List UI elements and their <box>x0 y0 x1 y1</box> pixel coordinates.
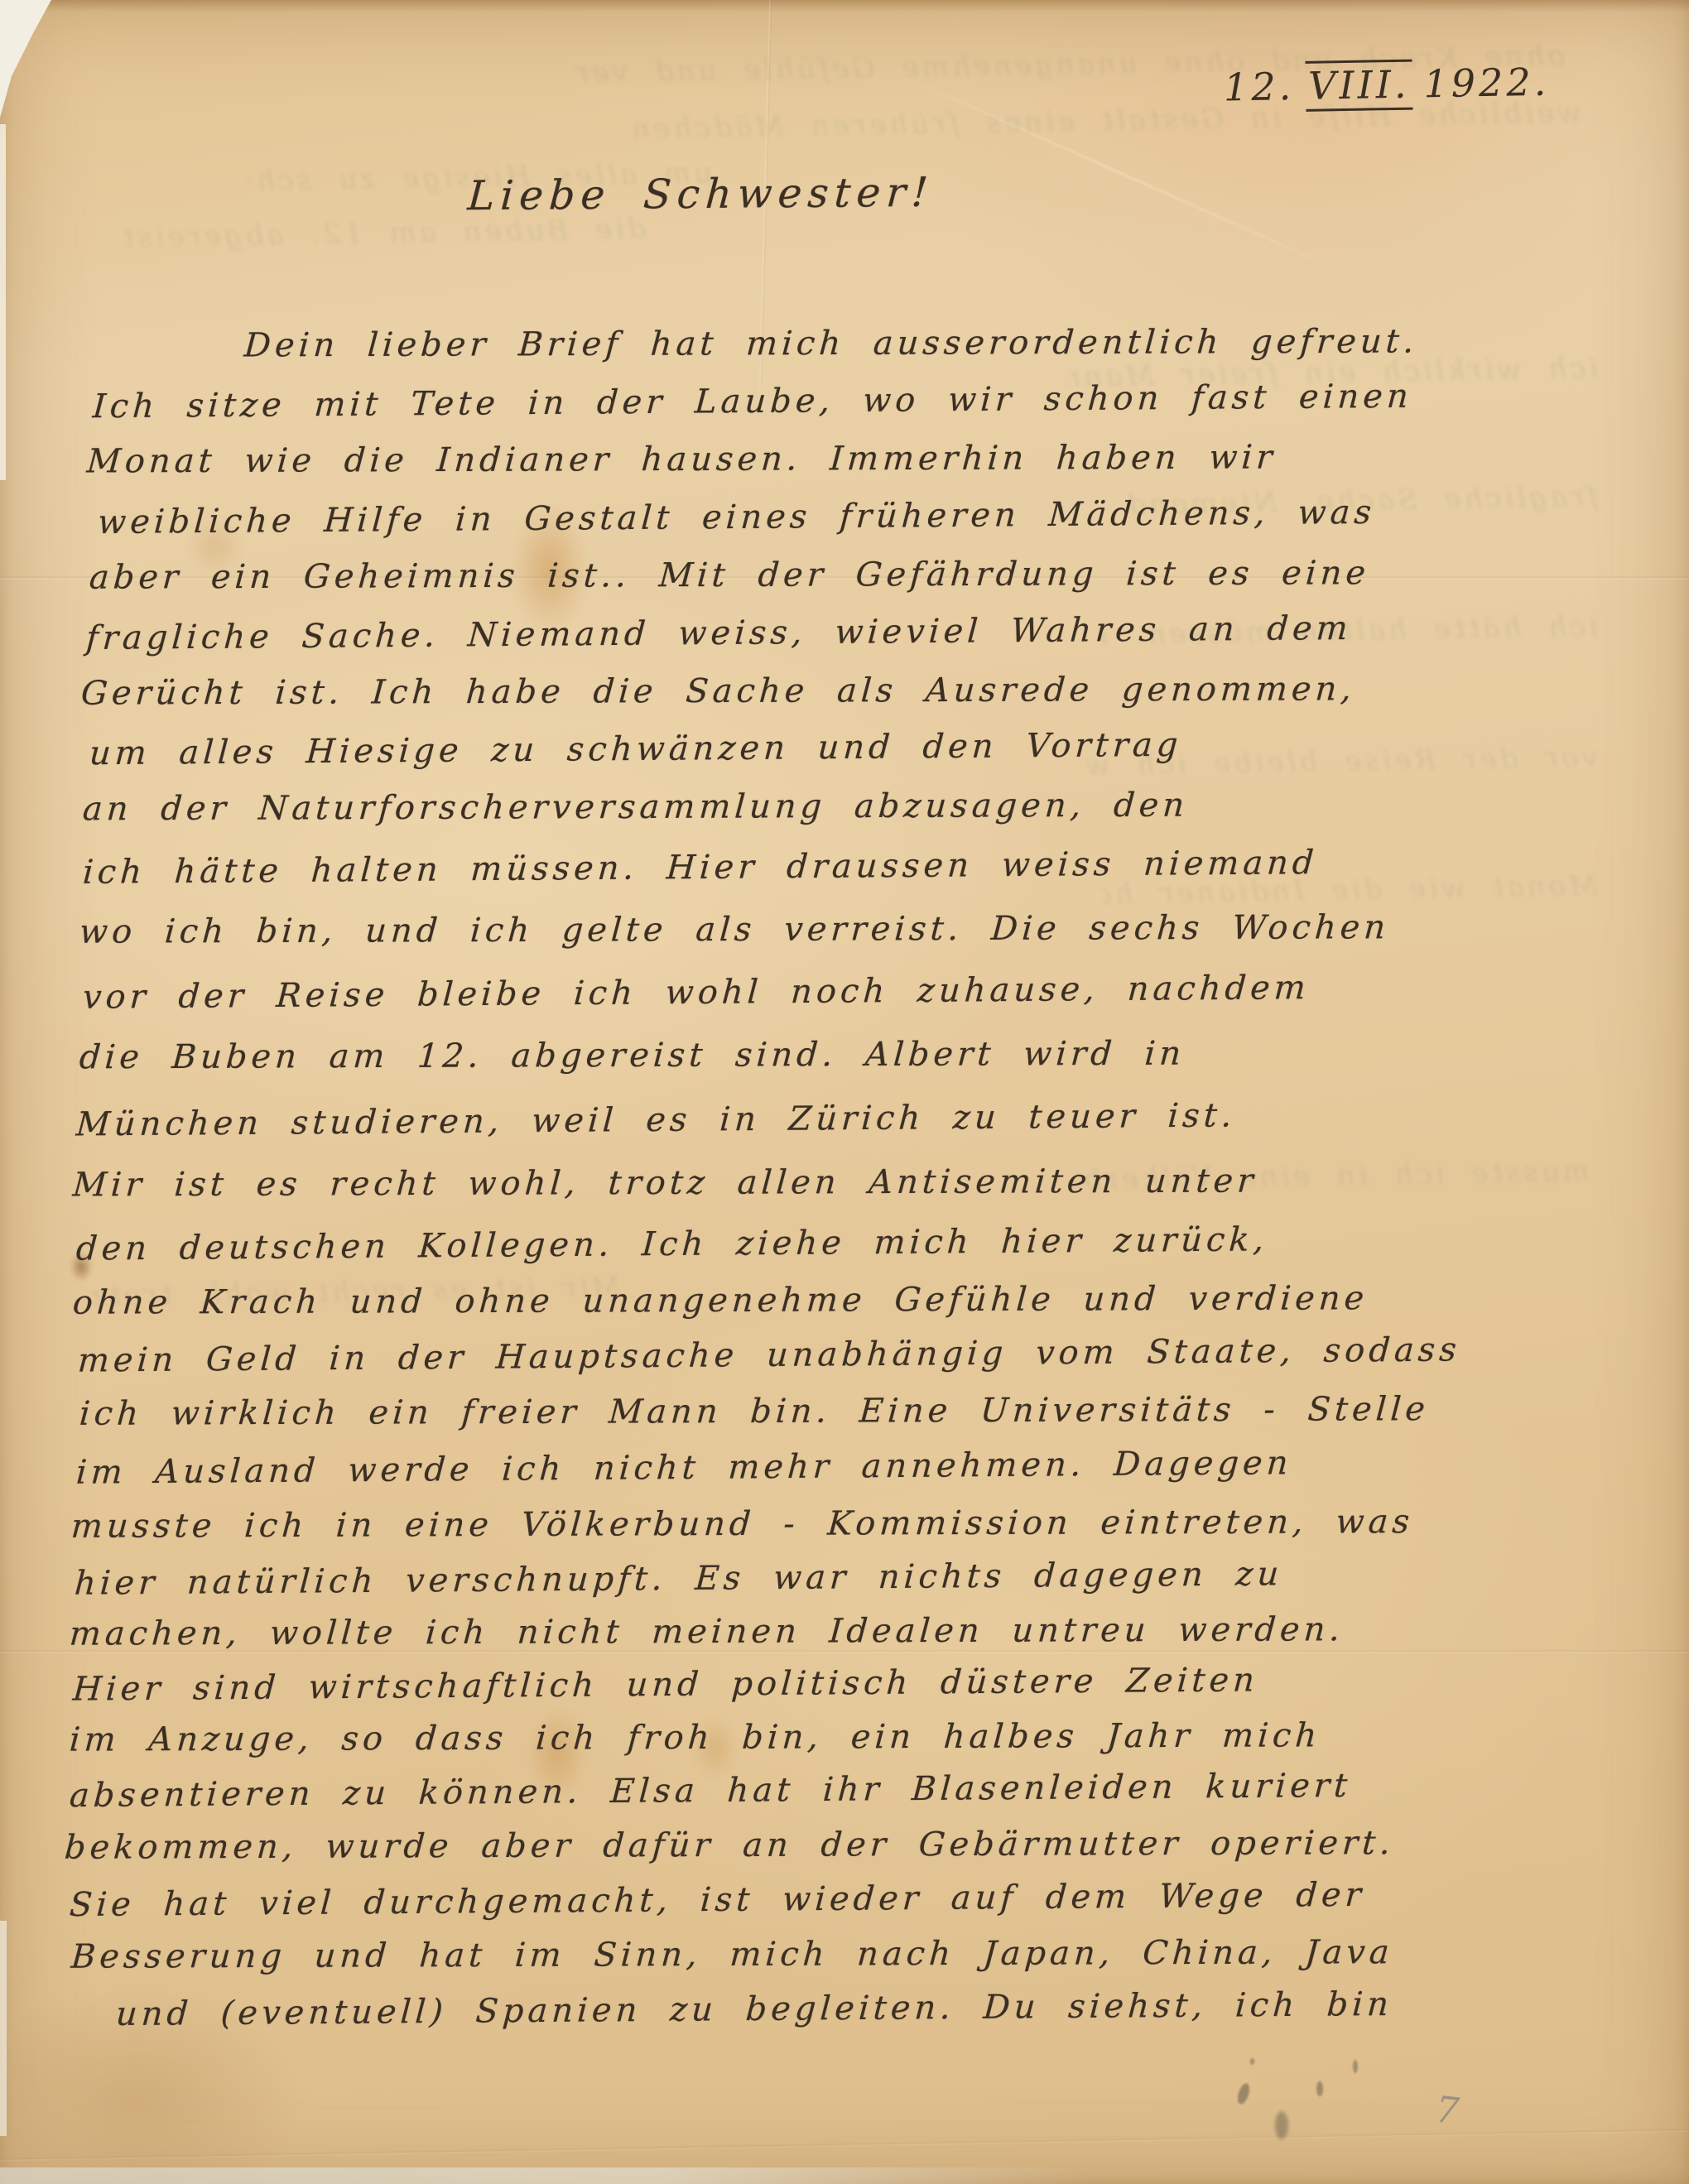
scan-bottom-edge <box>0 2167 1093 2184</box>
letter-line: ich wirklich ein freier Mann bin. Eine U… <box>78 1390 1430 1433</box>
ink-smudge <box>1275 2111 1288 2139</box>
letter-line: ohne Krach und ohne unangenehme Gefühle … <box>71 1279 1369 1321</box>
letter-line: musste ich in eine Völkerbund - Kommissi… <box>70 1503 1414 1546</box>
worn-top-edge <box>0 0 1689 12</box>
letter-line: Monat wie die Indianer hausen. Immerhin … <box>85 438 1278 480</box>
letter-line: im Anzuge, so dass ich froh bin, ein hal… <box>68 1716 1321 1758</box>
letter-line: die Buben am 12. abgereist sind. Albert … <box>78 1035 1186 1077</box>
letter-line: an der Naturforscherversammlung abzusage… <box>81 787 1189 829</box>
letter-line: machen, wollte ich nicht meinen Idealen … <box>68 1610 1345 1652</box>
letter-line: aber ein Geheimnis ist.. Mit der Gefährd… <box>88 554 1370 596</box>
ink-smudge <box>1353 2060 1358 2073</box>
date-day: 12. <box>1224 64 1295 109</box>
letter-line: wo ich bin, und ich gelte als verreist. … <box>78 908 1390 951</box>
date-month: VIII. <box>1306 60 1412 112</box>
torn-left-edge <box>0 124 6 480</box>
letter-line: bekommen, wurde aber dafür an der Gebärm… <box>63 1824 1395 1867</box>
letter-date: 12.VIII.1922. <box>1223 56 1561 113</box>
letter-line: Dein lieber Brief hat mich ausserordentl… <box>243 323 1419 365</box>
date-year: 1922. <box>1423 60 1550 107</box>
letter-line: Besserung und hat im Sinn, mich nach Jap… <box>70 1933 1394 1976</box>
ink-smudge <box>1250 2058 1254 2065</box>
torn-left-edge <box>0 1921 7 2136</box>
letter-page: ohne Krach und ohne unangenehme Gefühle … <box>0 0 1689 2184</box>
ink-smudge <box>1316 2081 1323 2096</box>
letter-line: Gerücht ist. Ich habe die Sache als Ausr… <box>79 670 1356 712</box>
letter-salutation: Liebe Schwester! <box>466 169 935 219</box>
letter-line: Mir ist es recht wohl, trotz allen Antis… <box>71 1162 1258 1204</box>
page-number: 7 <box>1433 2089 1460 2133</box>
